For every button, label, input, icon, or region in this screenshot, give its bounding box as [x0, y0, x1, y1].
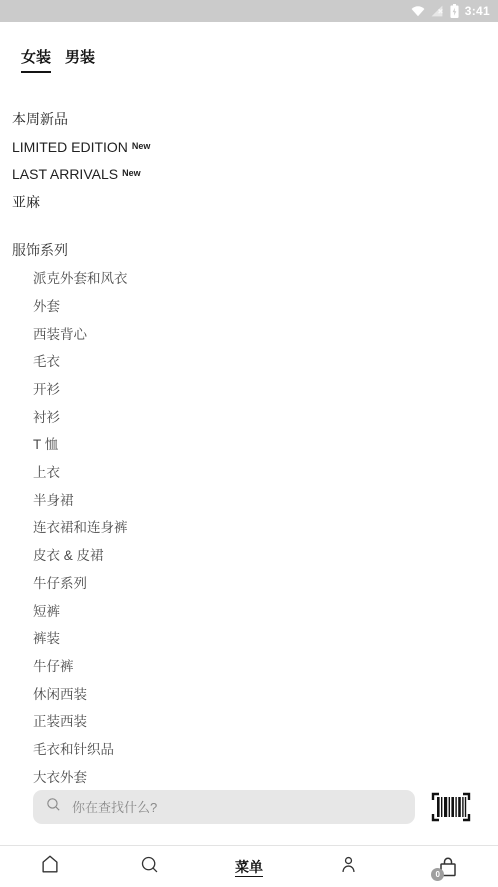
menu-sub-item-tops[interactable]: 上衣 [0, 457, 498, 485]
menu-sub-item-shorts[interactable]: 短裤 [0, 596, 498, 624]
search-row [0, 787, 498, 827]
gender-tabs: 女装 男装 [21, 46, 498, 73]
tab-women[interactable]: 女装 [21, 46, 51, 73]
search-box[interactable] [33, 790, 415, 824]
search-icon [139, 854, 160, 880]
menu-sub-item-coats[interactable]: 大衣外套 [0, 762, 498, 790]
home-icon [39, 853, 61, 880]
bag-count-badge: 0 [431, 868, 444, 881]
tab-men[interactable]: 男装 [65, 46, 95, 73]
menu-sub-item-sweaters[interactable]: 毛衣 [0, 347, 498, 375]
menu-sub-item-formal-blazers[interactable]: 正装西装 [0, 706, 498, 734]
nav-menu[interactable]: 菜单 [199, 846, 299, 887]
search-icon [45, 796, 62, 818]
menu-item-linen[interactable]: 亚麻 [0, 188, 498, 216]
person-icon [338, 854, 359, 880]
bag-icon: 0 [436, 855, 460, 879]
no-signal-icon [431, 5, 444, 17]
menu-sub-item-jackets[interactable]: 外套 [0, 291, 498, 319]
category-menu: 本周新品 LIMITED EDITION New LAST ARRIVALS N… [0, 105, 498, 790]
menu-item-new-this-week[interactable]: 本周新品 [0, 105, 498, 133]
battery-charging-icon [450, 4, 459, 18]
menu-item-limited-edition[interactable]: LIMITED EDITION New [0, 133, 498, 161]
menu-sub-item-jeans[interactable]: 牛仔裤 [0, 651, 498, 679]
menu-sub-item-leather[interactable]: 皮衣 & 皮裙 [0, 540, 498, 568]
menu-sub-item-parkas[interactable]: 派克外套和风衣 [0, 263, 498, 291]
nav-bag[interactable]: 0 [398, 846, 498, 887]
menu-sub-item-denim[interactable]: 牛仔系列 [0, 568, 498, 596]
menu-item-last-arrivals[interactable]: LAST ARRIVALS New [0, 160, 498, 188]
status-bar: 3:41 [0, 0, 498, 22]
menu-sub-item-shirts[interactable]: 衬衫 [0, 402, 498, 430]
menu-sub-item-knitwear[interactable]: 毛衣和针织品 [0, 734, 498, 762]
menu-sub-item-cardigans[interactable]: 开衫 [0, 374, 498, 402]
menu-sub-item-trousers[interactable]: 裤装 [0, 623, 498, 651]
nav-search[interactable] [100, 846, 200, 887]
menu-sub-item-dresses[interactable]: 连衣裙和连身裤 [0, 513, 498, 541]
new-badge: New [122, 168, 141, 178]
menu-sub-item-skirts[interactable]: 半身裙 [0, 485, 498, 513]
nav-menu-label: 菜单 [235, 857, 263, 877]
menu-sub-item-tshirts[interactable]: T 恤 [0, 430, 498, 458]
menu-sub-item-casual-blazers[interactable]: 休闲西装 [0, 679, 498, 707]
barcode-scan-button[interactable] [426, 787, 476, 827]
wifi-icon [411, 5, 425, 17]
section-header-clothing[interactable]: 服饰系列 [0, 236, 498, 264]
menu-sub-item-waistcoats[interactable]: 西装背心 [0, 319, 498, 347]
new-badge: New [132, 141, 151, 151]
nav-home[interactable] [0, 846, 100, 887]
status-time: 3:41 [465, 4, 490, 18]
search-input[interactable] [72, 800, 403, 815]
bottom-nav: 菜单 0 [0, 845, 498, 887]
nav-account[interactable] [299, 846, 399, 887]
